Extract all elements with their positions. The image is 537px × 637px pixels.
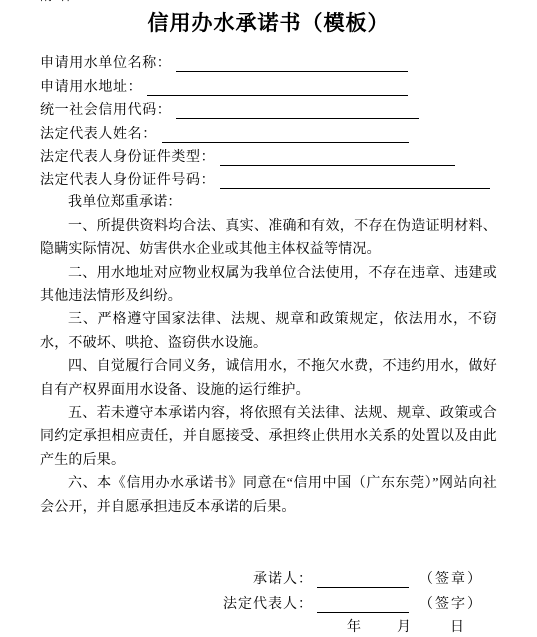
field-row-legal-rep-name: 法定代表人姓名： [40,119,497,142]
clause-5: 五、若未遵守本承诺内容，将依照有关法律、法规、规章、政策或合同约定承担相应责任，… [40,402,497,472]
signer-fill-line [317,572,409,588]
legal-rep-fill-line [317,597,409,613]
fill-line-unit-name [176,56,408,72]
fill-line-legal-rep-name [162,127,409,143]
date-row: 年 月 日 [0,613,483,637]
legal-rep-sign-note: （签字） [419,597,483,613]
fill-line-address [147,80,408,96]
clause-1: 一、所提供资料均合法、真实、准确和有效，不存在伪造证明材料、隐瞒实际情况、妨害供… [40,215,497,262]
field-label-id-type: 法定代表人身份证件类型： [40,150,215,166]
field-row-credit-code: 统一社会信用代码： [40,96,497,119]
field-label-address: 申请用水地址： [40,80,142,96]
legal-rep-sign-row: 法定代表人： （签字） [0,588,483,613]
clause-2: 二、用水地址对应物业权属为我单位合法使用，不存在违章、违建或其他违法情形及纠纷。 [40,262,497,309]
field-row-id-number: 法定代表人身份证件号码： [40,166,497,189]
legal-rep-sign-label: 法定代表人： [223,597,313,613]
field-label-legal-rep-name: 法定代表人姓名： [40,127,157,143]
fill-line-id-number [220,173,490,189]
pledge-body: 我单位郑重承诺： 一、所提供资料均合法、真实、准确和有效，不存在伪造证明材料、隐… [40,191,497,519]
fill-line-credit-code [176,103,419,119]
field-label-credit-code: 统一社会信用代码： [40,103,171,119]
pledge-intro: 我单位郑重承诺： [40,191,497,214]
field-label-unit-name: 申请用水单位名称： [40,56,171,72]
date-year-label: 年 [347,616,361,636]
signature-block: 承诺人： （签章） 法定代表人： （签字） 年 月 日 [0,563,483,637]
signer-label: 承诺人： [253,572,313,588]
signer-seal-note: （签章） [419,572,483,588]
clipped-attachment-label: 附件4 [40,0,130,3]
field-label-id-number: 法定代表人身份证件号码： [40,173,215,189]
clipped-attachment-text: 附件4 [40,0,130,2]
fill-line-id-type [220,150,455,166]
field-row-id-type: 法定代表人身份证件类型： [40,143,497,166]
field-row-unit-name: 申请用水单位名称： [40,49,497,72]
signer-row: 承诺人： （签章） [0,563,483,588]
clause-3: 三、严格遵守国家法律、法规、规章和政策规定，依法用水，不窃水，不破坏、哄抢、盗窃… [40,308,497,355]
document-page: 附件4 信用办水承诺书（模板） 申请用水单位名称： 申请用水地址： 统一社会信用… [0,0,537,637]
field-row-address: 申请用水地址： [40,72,497,95]
date-month-label: 月 [397,616,411,636]
clause-4: 四、自觉履行合同义务，诚信用水，不拖欠水费，不违约用水，做好自有产权界面用水设备… [40,355,497,402]
date-day-label: 日 [450,616,464,636]
document-title: 信用办水承诺书（模板） [0,7,537,37]
clause-6: 六、本《信用办水承诺书》同意在“信用中国（广东东莞）”网站向社会公开，并自愿承担… [40,472,497,519]
form-fields: 申请用水单位名称： 申请用水地址： 统一社会信用代码： 法定代表人姓名： 法定代… [40,49,497,189]
